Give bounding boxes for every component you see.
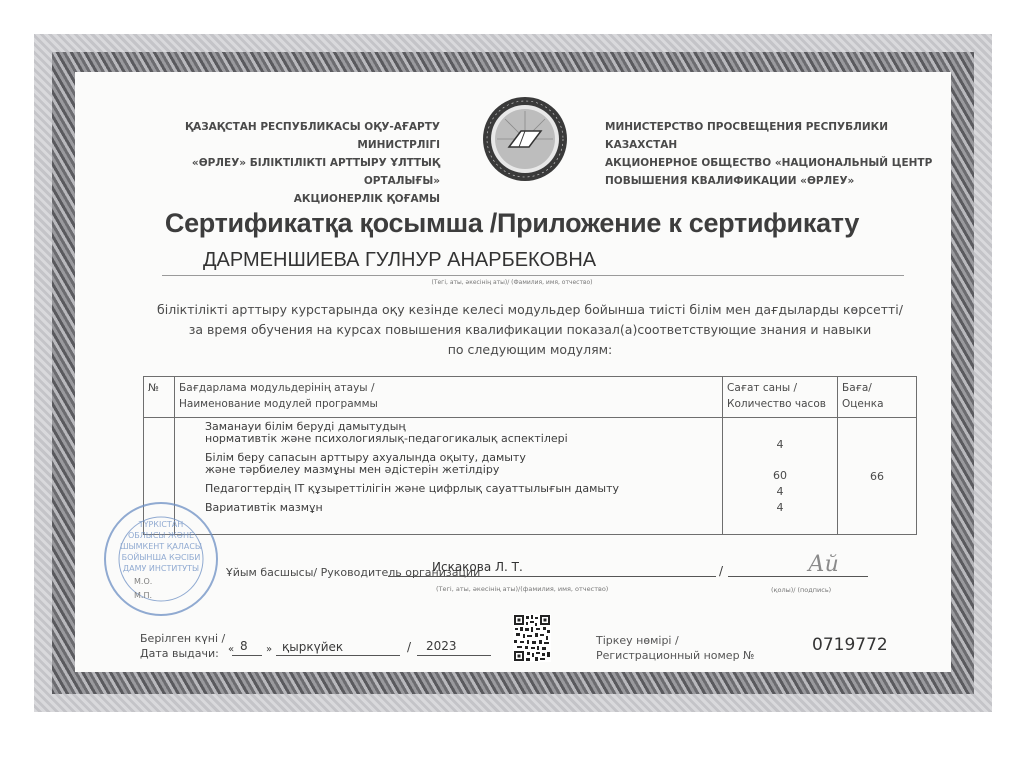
hours-cell: 4 60 4 4 <box>723 418 838 535</box>
stamp-mp: М.П. <box>134 591 152 600</box>
stamp-line: ШЫМКЕНТ ҚАЛАСЫ <box>120 542 202 551</box>
intro-line: за время обучения на курсах повышения кв… <box>0 320 1024 340</box>
module-names-cell: Заманауи білім беруді дамытудың норматив… <box>175 418 723 535</box>
module-hours: 4 <box>724 438 836 451</box>
head-name-line <box>388 576 716 577</box>
header-ru-line: ПОВЫШЕНИЯ КВАЛИФИКАЦИИ «ӨРЛЕУ» <box>605 172 945 190</box>
registration-label-ru: Регистрационный номер № <box>596 648 755 663</box>
module-name: Педагогтердің IT құзыреттілігін және циф… <box>205 483 722 495</box>
recipient-name-caption: (Тегі, аты, әкесінің аты)/ (Фамилия, имя… <box>0 279 1024 286</box>
header-grade-ru: Оценка <box>842 396 912 412</box>
grade-cell: 66 <box>838 418 917 535</box>
modules-table: № Бағдарлама модульдерінің атауы / Наиме… <box>143 376 917 535</box>
header-grade: Баға/ Оценка <box>838 377 917 418</box>
issue-date-label: Берілген күні / Дата выдачи: <box>140 631 225 661</box>
module-item: Білім беру сапасын арттыру ахуалында оқы… <box>205 452 722 476</box>
qr-code-icon[interactable] <box>513 614 551 662</box>
header-russian: МИНИСТЕРСТВО ПРОСВЕЩЕНИЯ РЕСПУБЛИКИ КАЗА… <box>605 118 945 190</box>
intro-text: біліктілікті арттыру курстарында оқу кез… <box>0 300 1024 360</box>
stamp-line: ОБЛЫСЫ ЖӘНЕ <box>128 531 194 540</box>
stamp-line: ДАМУ ИНСТИТУТЫ <box>123 564 199 573</box>
month-underline <box>276 655 400 656</box>
module-hours: 60 <box>724 469 836 482</box>
issue-date-label-kz: Берілген күні / <box>140 631 225 646</box>
stamp-mo: М.О. <box>134 577 152 586</box>
module-item: Заманауи білім беруді дамытудың норматив… <box>205 421 722 445</box>
issue-day: 8 <box>240 639 248 653</box>
issue-month: қыркүйек <box>282 640 343 654</box>
quote-open: « <box>228 644 234 655</box>
header-module-name: Бағдарлама модульдерінің атауы / Наимено… <box>175 377 723 418</box>
head-name-caption: (Тегі, аты, әкесінің аты)/(фамилия, имя,… <box>436 585 608 593</box>
module-name: Вариативтік мазмұн <box>205 502 722 514</box>
intro-line: по следующим модулям: <box>0 340 1024 360</box>
quote-close: » <box>266 644 272 655</box>
intro-line: біліктілікті арттыру курстарында оқу кез… <box>0 300 1024 320</box>
module-item: Педагогтердің IT құзыреттілігін және циф… <box>205 483 722 495</box>
header-kz-line: «ӨРЛЕУ» БІЛІКТІЛІКТІ АРТТЫРУ ҰЛТТЫҚ ОРТА… <box>140 154 440 190</box>
header-kz-line: АКЦИОНЕРЛІК ҚОҒАМЫ <box>140 190 440 208</box>
header-number: № <box>144 377 175 418</box>
date-slash: / <box>407 640 411 654</box>
module-hours: 4 <box>724 501 836 514</box>
signature-line <box>728 576 868 577</box>
name-underline <box>162 275 904 276</box>
signature-mark: Ай <box>808 552 839 577</box>
module-hours: 4 <box>724 485 836 498</box>
header-ru-line: МИНИСТЕРСТВО ПРОСВЕЩЕНИЯ РЕСПУБЛИКИ КАЗА… <box>605 118 945 154</box>
issue-year: 2023 <box>426 639 457 653</box>
header-ru-line: АКЦИОНЕРНОЕ ОБЩЕСТВО «НАЦИОНАЛЬНЫЙ ЦЕНТР <box>605 154 945 172</box>
signature-caption: (қолы)/ (подпись) <box>771 586 831 594</box>
day-underline <box>232 655 262 656</box>
registration-label-kz: Тіркеу нөмірі / <box>596 633 755 648</box>
recipient-name: ДАРМЕНШИЕВА ГУЛНУР АНАРБЕКОВНА <box>203 249 596 272</box>
official-stamp-icon: ТҮРКІСТАН ОБЛЫСЫ ЖӘНЕ ШЫМКЕНТ ҚАЛАСЫ БОЙ… <box>102 497 220 621</box>
head-of-organization-name: Искакова Л. Т. <box>432 560 523 574</box>
issue-date-label-ru: Дата выдачи: <box>140 646 225 661</box>
header-module-ru: Наименование модулей программы <box>179 396 718 412</box>
orleu-logo-icon <box>481 95 569 183</box>
header-hours-ru: Количество часов <box>727 396 833 412</box>
header-grade-kz: Баға/ <box>842 380 912 396</box>
header-kz-line: ҚАЗАҚСТАН РЕСПУБЛИКАСЫ ОҚУ-АҒАРТУ МИНИСТ… <box>140 118 440 154</box>
separator-slash: / <box>719 564 723 578</box>
stamp-line: ТҮРКІСТАН <box>138 520 184 529</box>
header-hours-kz: Сағат саны / <box>727 380 833 396</box>
stamp-line: БОЙЫНША КӘСІБИ <box>122 551 201 562</box>
registration-label: Тіркеу нөмірі / Регистрационный номер № <box>596 633 755 663</box>
header-hours: Сағат саны / Количество часов <box>723 377 838 418</box>
registration-number: 0719772 <box>812 635 888 655</box>
module-item: Вариативтік мазмұн <box>205 502 722 514</box>
module-name: және тәрбиелеу мазмұны мен әдістерін жет… <box>205 464 722 476</box>
table-header-row: № Бағдарлама модульдерінің атауы / Наиме… <box>144 377 917 418</box>
page-title: Сертификатқа қосымша /Приложение к серти… <box>0 208 1024 239</box>
year-underline <box>417 655 491 656</box>
table-row: Заманауи білім беруді дамытудың норматив… <box>144 418 917 535</box>
module-name: нормативтік және психологиялық-педагогик… <box>205 433 722 445</box>
header-kazakh: ҚАЗАҚСТАН РЕСПУБЛИКАСЫ ОҚУ-АҒАРТУ МИНИСТ… <box>140 118 440 208</box>
header-module-kz: Бағдарлама модульдерінің атауы / <box>179 380 718 396</box>
